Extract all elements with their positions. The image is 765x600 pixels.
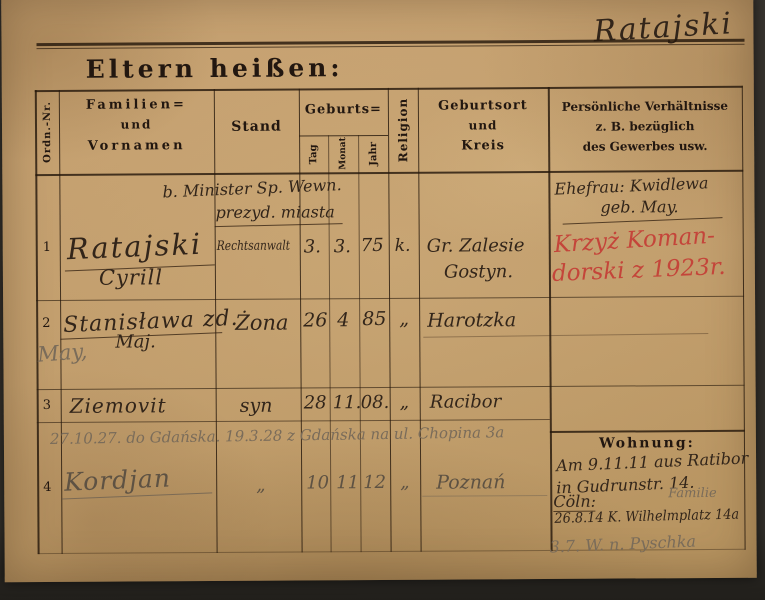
row1-jahr: 75 <box>361 235 384 256</box>
row1-surname: Ratajski <box>66 227 203 267</box>
row3-ort: Racibor <box>430 391 502 412</box>
row3-religion: „ <box>400 392 409 413</box>
header-monat-label: Monat <box>338 137 348 170</box>
header-pers-line2: z. B. bezüglich <box>548 119 742 134</box>
row2-given: Maj. <box>115 331 156 352</box>
row4-number: 4 <box>43 480 51 495</box>
header-tag-label: Tag <box>308 144 319 164</box>
row4-ort-underline <box>422 495 547 497</box>
header-familien-line1: Familien= <box>59 97 214 113</box>
row3-tag: 28 <box>304 392 327 413</box>
header-ordnr: Ordn.-Nr. <box>35 90 60 174</box>
header-religion-label: Religion <box>396 98 410 162</box>
wohnung-divider <box>550 430 745 433</box>
row2-margin-pencil: May, <box>37 339 88 367</box>
row3-monat: 11. <box>333 392 362 413</box>
row2-monat: 4 <box>337 309 349 331</box>
header-familien-line3: Vornamen <box>59 138 214 154</box>
row1-right-note-line1: Ehefrau: Kwidlewa <box>554 173 709 198</box>
row1-red-note-line1: Krzyż Koman- <box>553 223 715 258</box>
row3-stand: syn <box>240 395 273 417</box>
row1-ort-line2: Gostyn. <box>444 261 513 282</box>
row4-tag: 10 <box>306 472 329 493</box>
wohnung-line6-pencil: 3.7. W. n. Pyschka <box>549 532 696 557</box>
row2-stand: Żona <box>235 311 288 335</box>
wohnung-line5: 26.8.14 K. Wilhelmplatz 14a <box>554 507 739 527</box>
row1-annotation-line1: b. Minister Sp. Wewn. <box>162 175 342 201</box>
row4-stand: „ <box>256 475 265 496</box>
row4-surname: Kordjan <box>64 463 172 496</box>
row4-jahr: 12 <box>363 472 386 493</box>
row1-stand: Rechtsanwalt <box>217 239 290 254</box>
header-pers-line3: des Gewerbes usw. <box>548 139 742 154</box>
header-pers-line1: Persönliche Verhältnisse <box>548 99 742 114</box>
header-religion: Religion <box>388 88 419 172</box>
col-line-ordnr <box>59 90 63 554</box>
row3-surname: Ziemovit <box>70 393 167 418</box>
header-monat: Monat <box>328 135 358 172</box>
row3-number: 3 <box>43 398 51 413</box>
row1-religion: k. <box>395 236 411 256</box>
header-geburts: Geburts= <box>299 102 388 118</box>
row4-ort: Poznań <box>436 471 505 493</box>
row4-religion: „ <box>400 472 409 493</box>
row2-number: 2 <box>42 316 50 331</box>
header-jahr: Jahr <box>358 135 388 172</box>
row1-right-note-line2: geb. May. <box>600 197 678 216</box>
row1-monat: 3. <box>334 236 351 257</box>
wohnung-line1: Am 9.11.11 aus Ratibor <box>556 448 749 475</box>
row1-tag: 3. <box>304 236 321 257</box>
row3-pencil-note: 27.10.27. do Gdańska. 19.3.28 z Gdańska … <box>50 423 505 448</box>
registration-card-scan: Ratajski Eltern heißen: Ordn.-Nr. Famili… <box>1 0 757 582</box>
row2-tag: 26 <box>303 309 327 331</box>
header-ordnr-label: Ordn.-Nr. <box>41 101 52 163</box>
row2-jahr: 85 <box>362 308 386 330</box>
wohnung-line4: Cöln: <box>553 492 596 511</box>
row2-ort-underline <box>423 333 708 338</box>
row1-ort-line1: Gr. Zalesie <box>427 235 525 257</box>
col-line-right <box>742 86 746 550</box>
col-line-religion <box>418 88 422 552</box>
header-ort-line1: Geburtsort <box>418 98 548 114</box>
row4-monat: 11 <box>336 472 359 493</box>
header-ort-line2: und <box>418 118 548 133</box>
header-tag: Tag <box>299 135 328 172</box>
row2-ort: Harotzka <box>427 309 516 332</box>
row1-annotation-underline <box>215 223 343 227</box>
header-ort-line3: Kreis <box>418 138 548 154</box>
row1-number: 1 <box>43 240 51 255</box>
table-line-row3-bottom <box>37 419 550 423</box>
header-jahr-label: Jahr <box>368 142 379 166</box>
page-title: Eltern heißen: <box>86 53 344 84</box>
row2-religion: „ <box>399 308 409 330</box>
header-familien-line2: und <box>59 117 214 132</box>
col-line-geburtsort <box>548 87 553 551</box>
row1-annotation-line2: prezyd. miasta <box>215 202 334 222</box>
row1-red-note-line2: dorski z 1923r. <box>551 254 726 287</box>
header-stand: Stand <box>214 118 299 135</box>
row3-jahr: 08. <box>361 392 390 413</box>
wohnung-familie-pencil: Familie <box>668 486 716 501</box>
row1-given: Cyrill <box>99 265 163 289</box>
surname-signature: Ratajski <box>593 6 734 49</box>
